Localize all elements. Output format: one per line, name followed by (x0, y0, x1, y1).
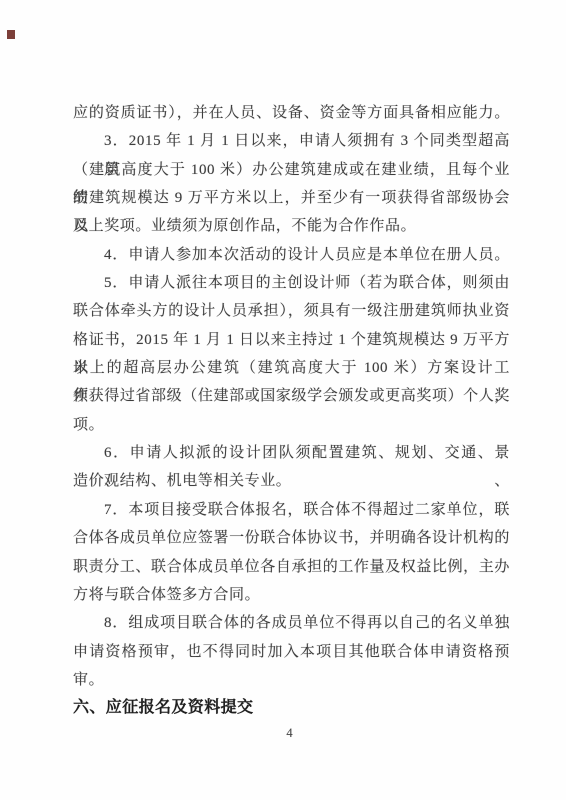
document-page: 应的资质证书），并在人员、设备、资金等方面具备相应能力。3．2015 年 1 月… (0, 0, 566, 800)
text-line: 以上的超高层办公建筑（建筑高度大于 100 米）方案设计工作， (73, 354, 510, 382)
text-line: 方将与联合体签多方合同。 (73, 581, 510, 609)
text-line: 6．申请人拟派的设计团队须配置建筑、规划、交通、景观、 (73, 439, 510, 467)
text-line: 3．2015 年 1 月 1 日以来，申请人须拥有 3 个同类型超高层 (73, 127, 510, 155)
section-heading: 六、应征报名及资料提交 (73, 694, 510, 722)
text-line: 的建筑规模达 9 万平方米以上，并至少有一项获得省部级协会及 (73, 184, 510, 212)
text-line: 以上奖项。业绩须为原创作品，不能为合作作品。 (73, 212, 510, 240)
text-line: 联合体牵头方的设计人员承担），须具有一级注册建筑师执业资 (73, 297, 510, 325)
text-line: 须获得过省部级（住建部或国家级学会颁发或更高奖项）个人奖 (73, 382, 510, 410)
text-line: 4．申请人参加本次活动的设计人员应是本单位在册人员。 (73, 241, 510, 269)
text-line: 应的资质证书），并在人员、设备、资金等方面具备相应能力。 (73, 99, 510, 127)
stamp-mark (7, 30, 15, 39)
text-lines: 应的资质证书），并在人员、设备、资金等方面具备相应能力。3．2015 年 1 月… (73, 99, 510, 694)
text-line: （建筑高度大于 100 米）办公建筑建成或在建业绩，且每个业绩 (73, 156, 510, 184)
page-number: 4 (0, 726, 566, 741)
text-line: 5．申请人派往本项目的主创设计师（若为联合体，则须由 (73, 269, 510, 297)
document-text: 应的资质证书），并在人员、设备、资金等方面具备相应能力。3．2015 年 1 月… (73, 99, 510, 723)
text-line: 8．组成项目联合体的各成员单位不得再以自己的名义单独 (73, 609, 510, 637)
text-line: 申请资格预审，也不得同时加入本项目其他联合体申请资格预 (73, 638, 510, 666)
text-line: 项。 (73, 411, 510, 439)
text-line: 7．本项目接受联合体报名，联合体不得超过二家单位，联 (73, 496, 510, 524)
text-line: 合体各成员单位应签署一份联合体协议书，并明确各设计机构的 (73, 524, 510, 552)
text-line: 格证书，2015 年 1 月 1 日以来主持过 1 个建筑规模达 9 万平方米 (73, 326, 510, 354)
text-line: 职责分工、联合体成员单位各自承担的工作量及权益比例，主办 (73, 553, 510, 581)
text-line: 审。 (73, 666, 510, 694)
